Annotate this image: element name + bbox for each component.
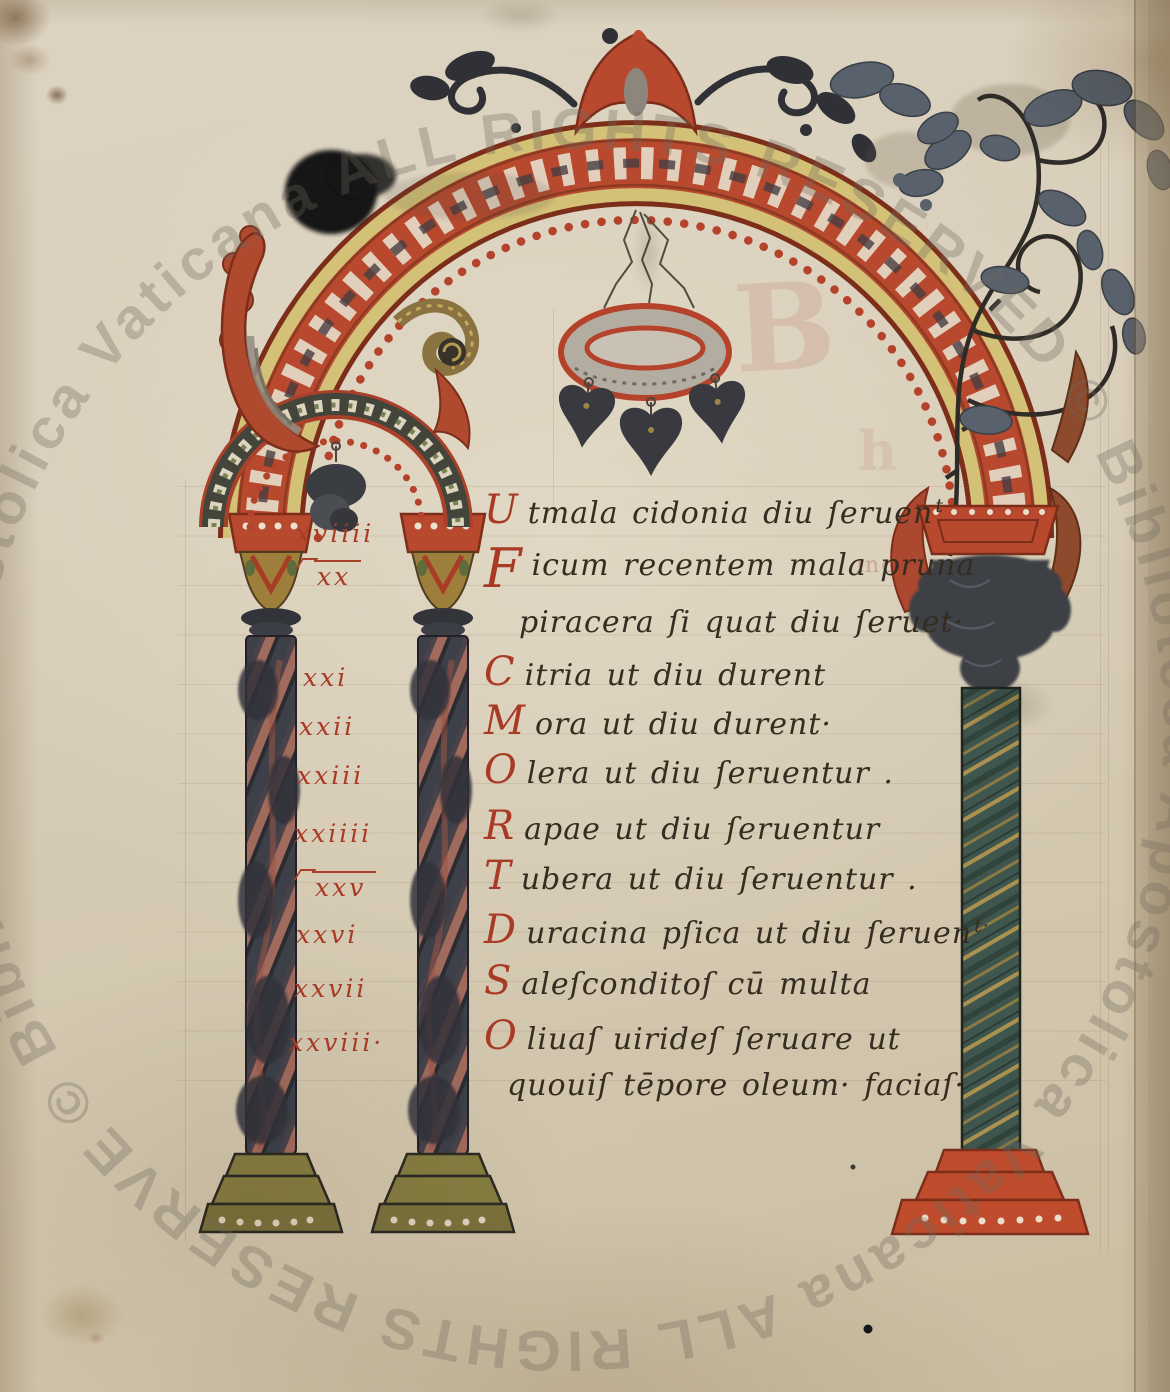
chapter-numeral: xx bbox=[314, 560, 361, 591]
chapter-numeral: xxiiii bbox=[294, 820, 372, 848]
line-text: lera ut diu ſeruentur . bbox=[527, 756, 894, 791]
initial-letter: T bbox=[484, 853, 512, 899]
initial-letter: D bbox=[484, 907, 517, 953]
chapter-numeral: xxviii· bbox=[289, 1029, 384, 1057]
line-text: apae ut diu ſeruentur bbox=[524, 812, 880, 847]
chapter-numeral: xxii bbox=[299, 713, 355, 741]
index-line: Utmala cidonia diu ſeruent bbox=[484, 489, 944, 531]
initial-letter: M bbox=[484, 698, 526, 744]
line-superscript: t bbox=[935, 495, 944, 517]
folio-fore-edge bbox=[1134, 0, 1170, 1392]
line-text: ubera ut diu ſeruentur . bbox=[521, 862, 918, 897]
line-text: liuaſ uirideſ ſeruare ut bbox=[527, 1022, 901, 1057]
line-text: itria ut diu durent bbox=[525, 658, 827, 693]
line-superscript: t· bbox=[974, 915, 990, 937]
chapter-index: xviiii xx xxi xxii xxiii xxiiii xxv xxvi… bbox=[0, 0, 1170, 1392]
chapter-numeral: xxvi bbox=[296, 921, 358, 949]
line-text: ora ut diu durent· bbox=[535, 707, 832, 742]
chapter-numeral: xxvii bbox=[294, 975, 367, 1003]
line-text: uracina pſica ut diu ſeruen bbox=[526, 916, 972, 951]
chapter-numeral: xviiii bbox=[296, 520, 374, 548]
initial-letter: S bbox=[484, 958, 512, 1004]
index-line: Ficum recentem mala pruna bbox=[484, 549, 975, 586]
index-line: Rapae ut diu ſeruentur bbox=[484, 809, 880, 847]
chapter-numeral: xxi bbox=[303, 664, 348, 692]
index-line: Saleſconditoſ cū multa bbox=[484, 964, 871, 1002]
index-line: Olera ut diu ſeruentur . bbox=[484, 753, 894, 791]
initial-letter: O bbox=[484, 1013, 518, 1059]
index-line-continuation: piracera ſi quat diu ſeruet· bbox=[519, 606, 964, 640]
line-text: tmala cidonia diu ſeruen bbox=[528, 496, 934, 531]
manuscript-page: B h ıncı xviiii xx xxi xxii xxiii xxiiii… bbox=[0, 0, 1170, 1392]
initial-letter: C bbox=[484, 649, 516, 695]
initial-letter: O bbox=[484, 747, 518, 793]
index-line: Citria ut diu durent bbox=[484, 655, 826, 693]
chapter-numeral: xxiii bbox=[297, 762, 364, 790]
initial-letter: U bbox=[484, 487, 519, 533]
line-text: aleſconditoſ cū multa bbox=[521, 967, 871, 1002]
index-line: Tubera ut diu ſeruentur . bbox=[484, 859, 918, 897]
index-line: Oliuaſ uirideſ ſeruare ut bbox=[484, 1019, 901, 1057]
chapter-numeral: xxv bbox=[312, 871, 376, 902]
index-line-continuation: quouiſ tēpore oleum· faciaſ· bbox=[507, 1069, 965, 1103]
line-text: icum recentem mala pruna bbox=[531, 548, 975, 583]
line-text: piracera ſi quat diu ſeruet· bbox=[519, 605, 964, 640]
initial-letter: R bbox=[484, 803, 515, 849]
index-line: Duracina pſica ut diu ſeruent· bbox=[484, 909, 990, 951]
line-text: quouiſ tēpore oleum· faciaſ· bbox=[507, 1068, 965, 1103]
initial-letter: F bbox=[484, 537, 522, 600]
index-line: Mora ut diu durent· bbox=[484, 704, 832, 742]
